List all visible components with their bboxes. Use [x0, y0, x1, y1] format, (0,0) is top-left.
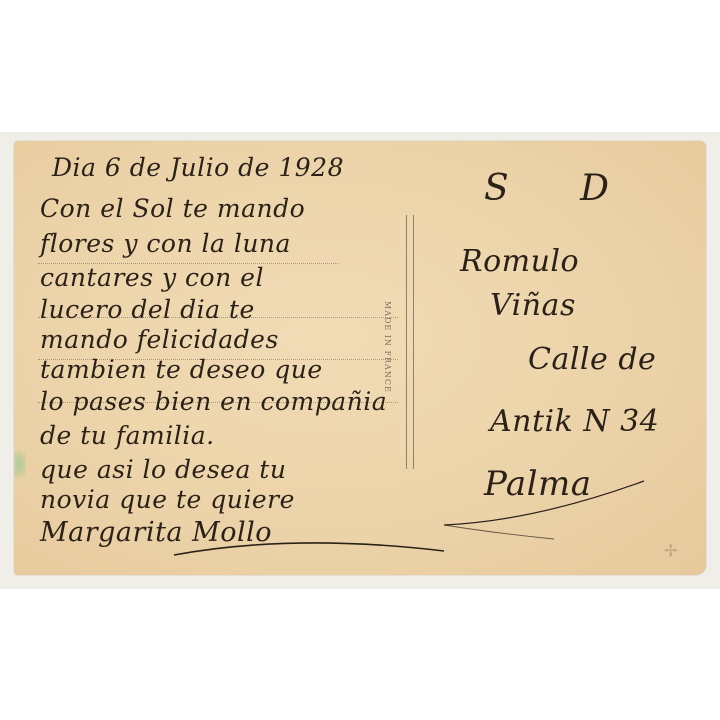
- faint-stamp-mark: ✢: [664, 541, 686, 563]
- pen-flourishes: [14, 141, 706, 575]
- postcard-back: MADE IN FRANCE Dia 6 de Julio de 1928 Co…: [14, 141, 706, 575]
